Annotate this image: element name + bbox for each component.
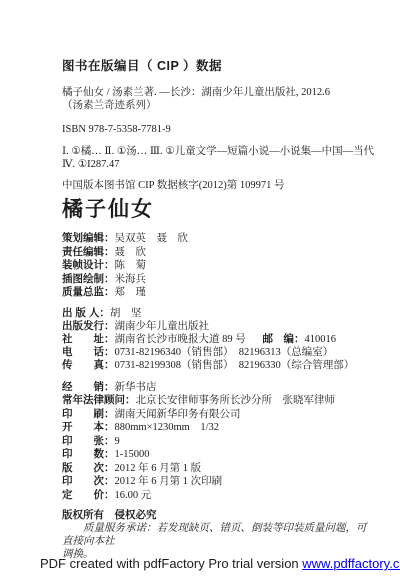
price-row: 定 价：16.00 元 [62,489,372,503]
distribution-value: 2012 年 6 月第 1 次印刷 [115,476,223,487]
publishing-value: 0731-82196340（销售部） 82196313（总编室） [115,347,334,358]
publishing-label: 出版发行： [62,320,115,332]
isbn-line: ISBN 978-7-5358-7781-9 [62,123,372,136]
publishing-label: 传 真： [62,359,115,371]
cip-heading: 图书在版编目（ CIP ）数据 [62,60,372,73]
distribution-label: 印 刷： [62,408,115,420]
publisher-row: 出版发行：湖南少年儿童出版社 [62,320,372,333]
postcode-value: 410016 [305,334,337,345]
colophon-page: 图书在版编目（ CIP ）数据 橘子仙女 / 汤素兰著. —长沙：湖南少年儿童出… [0,0,400,580]
book-title: 橘子仙女 [62,197,372,223]
credit-value: 吴双英 聂 欣 [115,233,189,244]
distribution-label: 常年法律顾问： [62,394,136,406]
credit-row-illustration: 插图绘制：米海兵 [62,273,372,287]
credit-label: 责任编辑： [62,246,115,258]
series-name-line: （汤素兰奇迹系列） [62,99,372,112]
publishing-label: 电 话： [62,346,115,358]
distribution-value: 9 [115,436,120,447]
credit-row-quality-director: 质量总监：郑 瑾 [62,286,372,300]
distribution-label: 印 次： [62,475,115,487]
cip-record-number: 中国版本图书馆 CIP 数据核字(2012)第 109971 号 [62,179,372,192]
phone-row: 电 话：0731-82196340（销售部） 82196313（总编室） [62,346,372,359]
credit-label: 装帧设计： [62,259,115,271]
classification-line-2: Ⅳ. ①I287.47 [62,158,372,171]
publisher-person-row: 出 版 人：胡 坚 [62,307,372,320]
distribution-value: 16.00 元 [115,490,152,501]
distribution-value: 1-15000 [115,449,150,460]
distribution-value: 新华书店 [115,382,157,393]
distribution-value: 北京长安律师事务所长沙分所 张晓军律师 [136,395,336,406]
credit-label: 插图绘制： [62,273,115,285]
format-row: 开 本：880mm×1230mm 1/32 [62,421,372,435]
distribution-value: 湖南天闻新华印务有限公司 [115,409,241,420]
classification-block: Ⅰ. ①橘… Ⅱ. ①汤… Ⅲ. ①儿童文学—短篇小说—小说集—中国—当代 Ⅳ.… [62,145,372,171]
distribution-label: 经 销： [62,381,115,393]
book-description-line: 橘子仙女 / 汤素兰著. —长沙：湖南少年儿童出版社, 2012.6 [62,86,372,99]
pdf-watermark: PDF created with pdfFactory Pro trial ve… [40,557,400,570]
distribution-info-block: 经 销：新华书店 常年法律顾问：北京长安律师事务所长沙分所 张晓军律师 印 刷：… [62,381,372,503]
credit-row-design: 装帧设计：陈 菊 [62,259,372,273]
distribution-value: 880mm×1230mm 1/32 [115,422,220,433]
distribution-label: 定 价： [62,489,115,501]
edition-row: 版 次：2012 年 6 月第 1 版 [62,462,372,476]
credit-row-planning-editor: 策划编辑：吴双英 聂 欣 [62,232,372,246]
pdffactory-link[interactable]: www.pdffactory.com [302,556,400,571]
publishing-value: 湖南省长沙市晚报大道 89 号 [115,334,246,345]
publishing-value: 湖南少年儿童出版社 [115,321,210,332]
fax-row: 传 真：0731-82199308（销售部） 82196330（综合管理部） [62,359,372,372]
credit-value: 米海兵 [115,274,147,285]
publishing-label: 社 址： [62,333,115,345]
credit-row-responsible-editor: 责任编辑：聂 欣 [62,246,372,260]
distribution-label: 开 本： [62,421,115,433]
impression-row: 印 次：2012 年 6 月第 1 次印刷 [62,475,372,489]
legal-counsel-row: 常年法律顾问：北京长安律师事务所长沙分所 张晓军律师 [62,394,372,408]
credit-label: 质量总监： [62,286,115,298]
copyright-notice: 版权所有 侵权必究 [62,509,372,522]
credit-label: 策划编辑： [62,232,115,244]
postcode-label: 邮 编： [263,333,305,345]
publishing-value: 胡 坚 [110,308,142,319]
print-run-row: 印 数：1-15000 [62,448,372,462]
distribution-value: 2012 年 6 月第 1 版 [115,463,202,474]
credit-value: 郑 瑾 [115,287,147,298]
distribution-row: 经 销：新华书店 [62,381,372,395]
address-row: 社 址：湖南省长沙市晚报大道 89 号邮 编：410016 [62,333,372,346]
credit-value: 聂 欣 [115,247,147,258]
publishing-label: 出 版 人： [62,307,110,319]
distribution-label: 版 次： [62,462,115,474]
quality-promise-line-1: 质量服务承诺：若发现缺页、错页、倒装等印装质量问题，可直接向本社 [62,522,372,548]
publishing-info-block: 出 版 人：胡 坚 出版发行：湖南少年儿童出版社 社 址：湖南省长沙市晚报大道 … [62,307,372,372]
sheets-row: 印 张：9 [62,435,372,449]
credits-list: 策划编辑：吴双英 聂 欣 责任编辑：聂 欣 装帧设计：陈 菊 插图绘制：米海兵 … [62,232,372,300]
printer-row: 印 刷：湖南天闻新华印务有限公司 [62,408,372,422]
publishing-value: 0731-82199308（销售部） 82196330（综合管理部） [115,360,355,371]
credit-value: 陈 菊 [115,260,147,271]
pdf-watermark-text: PDF created with pdfFactory Pro trial ve… [40,556,302,571]
distribution-label: 印 张： [62,435,115,447]
distribution-label: 印 数： [62,448,115,460]
classification-line-1: Ⅰ. ①橘… Ⅱ. ①汤… Ⅲ. ①儿童文学—短篇小说—小说集—中国—当代 [62,145,372,158]
